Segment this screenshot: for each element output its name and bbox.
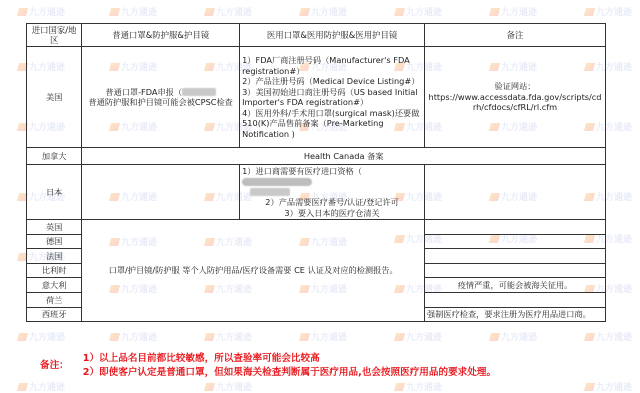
remarks-list: 1）以上品名目前都比较敏感，所以查验率可能会比较高 2）即使客户认定是普通口罩，…	[83, 352, 496, 380]
country-cell: 英国	[27, 220, 82, 235]
watermark-logo-icon	[584, 8, 595, 16]
watermark: 九方通逊	[18, 5, 65, 18]
country-cell: 德国	[27, 234, 82, 249]
table-header-row: 进口国家/地区 普通口罩&防护服&护目镜 医用口罩&医用防护服&医用护目镜 备注	[27, 24, 606, 47]
table-row-japan: 日本 1）进口商需要有医疗进口资格（ 2）产品需要医疗番号/认证/登记许可 3）…	[27, 165, 606, 220]
notes-cell	[425, 234, 606, 249]
import-requirements-table: 进口国家/地区 普通口罩&防护服&护目镜 医用口罩&医用防护服&医用护目镜 备注…	[26, 23, 606, 322]
country-cell: 比利时	[27, 263, 82, 278]
country-cell: 美国	[27, 47, 82, 148]
watermark: 九方通逊	[110, 5, 157, 18]
ordinary-line-2: 普通防护服和护目镜可能会被CPSC检查	[84, 97, 237, 108]
country-cell: 意大利	[27, 278, 82, 293]
notes-cell	[425, 249, 606, 264]
notes-cell: 强制医疗检查，要求注册为医疗用品进口商。	[425, 307, 606, 322]
ordinary-cell: 普通口罩-FDA申报（ 普通防护服和护目镜可能会被CPSC检查	[82, 47, 240, 148]
medical-item: 3）要入日本的医疗仓清关	[242, 208, 422, 219]
watermark: 九方通逊	[490, 5, 537, 18]
remarks-label: 备注：	[40, 359, 69, 380]
medical-item: 2）产品需要医疗番号/认证/登记许可	[242, 197, 422, 208]
redacted-blur	[182, 88, 216, 96]
medical-item: 1）进口商需要有医疗进口资格（	[242, 166, 362, 176]
watermark: 九方通逊	[490, 330, 537, 343]
header-medical: 医用口罩&医用防护服&医用护目镜	[240, 24, 425, 47]
watermark: 九方通逊	[18, 380, 65, 393]
notes-cell	[425, 165, 606, 220]
watermark-logo-icon	[394, 8, 405, 16]
watermark: 九方通逊	[585, 380, 632, 393]
watermark: 九方通逊	[395, 380, 442, 393]
watermark: 九方通逊	[18, 330, 65, 343]
header-notes: 备注	[425, 24, 606, 47]
medical-cell: 1）进口商需要有医疗进口资格（ 2）产品需要医疗番号/认证/登记许可 3）要入日…	[240, 165, 425, 220]
notes-cell	[425, 220, 606, 235]
watermark: 九方通逊	[585, 5, 632, 18]
watermark: 九方通逊	[395, 5, 442, 18]
medical-item: 1）FDA厂商注册号码（Manufacturer's FDA registrat…	[242, 55, 422, 76]
watermark-logo-icon	[299, 8, 310, 16]
country-cell: 荷兰	[27, 292, 82, 307]
table-row-canada: 加拿大 Health Canada 备案	[27, 148, 606, 165]
notes-cell	[425, 292, 606, 307]
notes-cell	[425, 263, 606, 278]
medical-item: 4）医用外科/手术用口罩(surgical mask)还要做510(K)产品售前…	[242, 108, 422, 140]
country-cell: 日本	[27, 165, 82, 220]
ordinary-line-1: 普通口罩-FDA申报（	[105, 87, 182, 97]
watermark: 九方通逊	[300, 5, 347, 18]
watermark-logo-icon	[109, 8, 120, 16]
watermark: 九方通逊	[110, 330, 157, 343]
watermark: 九方通逊	[205, 5, 252, 18]
watermark: 九方通逊	[395, 330, 442, 343]
remark-item: 1）以上品名目前都比较敏感，所以查验率可能会比较高	[83, 352, 496, 366]
merged-cell: 口罩/护目镜/防护服 等个人防护用品/医疗设备需要 CE 认证及对应的检测报告。	[82, 220, 425, 322]
watermark: 九方通逊	[585, 330, 632, 343]
medical-cell: 1）FDA厂商注册号码（Manufacturer's FDA registrat…	[240, 47, 425, 148]
merged-cell: Health Canada 备案	[82, 148, 606, 165]
watermark-logo-icon	[17, 8, 28, 16]
watermark-logo-icon	[204, 8, 215, 16]
country-cell: 加拿大	[27, 148, 82, 165]
header-ordinary: 普通口罩&防护服&护目镜	[82, 24, 240, 47]
table-row-eu-uk: 英国 口罩/护目镜/防护服 等个人防护用品/医疗设备需要 CE 认证及对应的检测…	[27, 220, 606, 235]
redacted-blur	[250, 188, 290, 196]
medical-item: 3）美国初始进口商注册号码（US based Initial Importer'…	[242, 87, 422, 108]
ordinary-cell	[82, 165, 240, 220]
remarks-block: 备注： 1）以上品名目前都比较敏感，所以查验率可能会比较高 2）即使客户认定是普…	[40, 352, 496, 380]
country-cell: 西班牙	[27, 307, 82, 322]
notes-cell: 疫情严重，可能会被海关征用。	[425, 278, 606, 293]
verify-url-link[interactable]: https://www.accessdata.fda.gov/scripts/c…	[427, 92, 603, 113]
notes-cell: 验证网站： https://www.accessdata.fda.gov/scr…	[425, 47, 606, 148]
verify-label: 验证网站：	[427, 81, 603, 92]
table-row-us: 美国 普通口罩-FDA申报（ 普通防护服和护目镜可能会被CPSC检查 1）FDA…	[27, 47, 606, 148]
watermark: 九方通逊	[205, 380, 252, 393]
medical-item: 2）产品注册号码（Medical Device Listing#）	[242, 76, 422, 87]
watermark-logo-icon	[489, 8, 500, 16]
header-country: 进口国家/地区	[27, 24, 82, 47]
watermark: 九方通逊	[300, 330, 347, 343]
remark-item: 2）即使客户认定是普通口罩，但如果海关检查判断属于医疗用品,也会按照医疗用品的要…	[83, 366, 496, 380]
country-cell: 法国	[27, 249, 82, 264]
redacted-blur	[242, 178, 312, 186]
watermark: 九方通逊	[205, 330, 252, 343]
